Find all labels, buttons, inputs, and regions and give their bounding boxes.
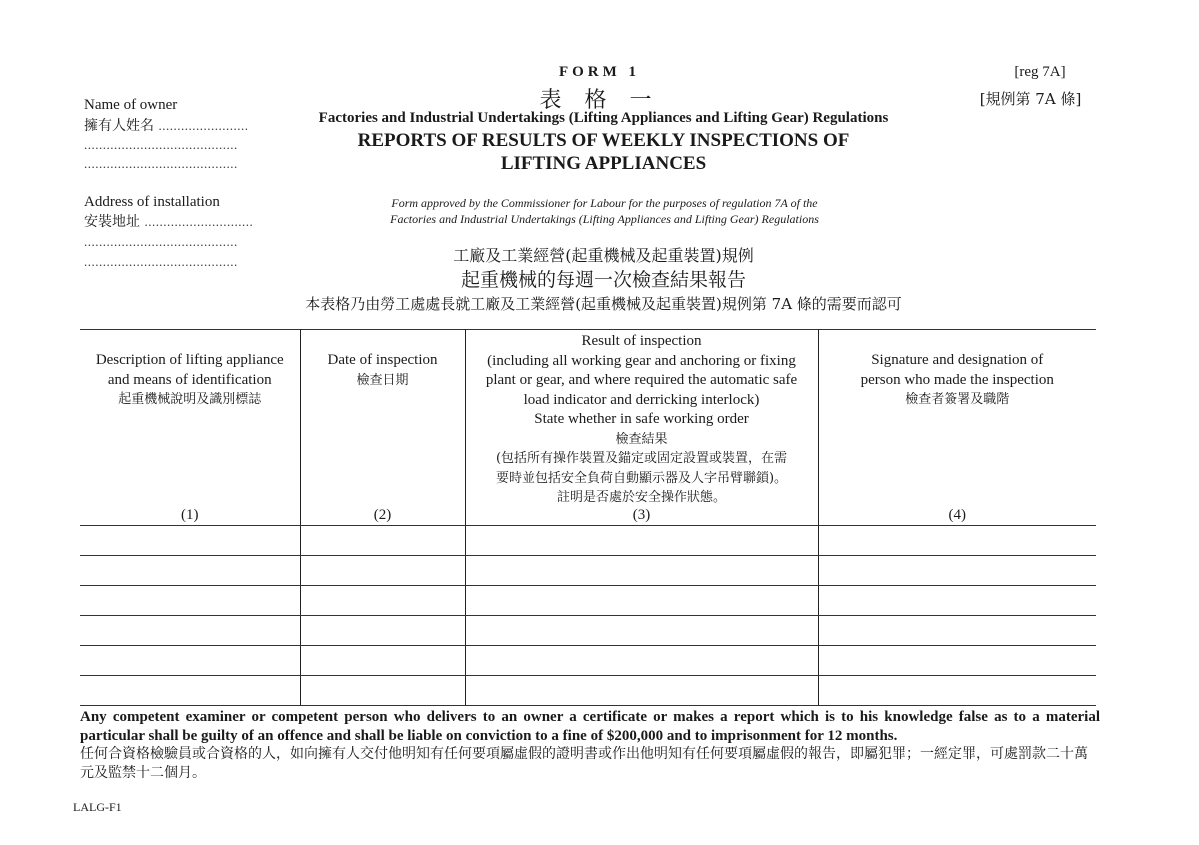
column-number: (2) xyxy=(301,506,465,525)
table-cell-input[interactable] xyxy=(465,676,818,706)
table-cell-input[interactable] xyxy=(818,676,1096,706)
table-header-row: Description of lifting applianceand mean… xyxy=(80,330,1096,526)
approval-note-line-1: Form approved by the Commissioner for La… xyxy=(0,196,1199,211)
table-cell-input[interactable] xyxy=(818,526,1096,556)
column-header-line-zh: 檢查日期 xyxy=(301,371,465,391)
table-row xyxy=(80,616,1096,646)
table-cell-input[interactable] xyxy=(465,556,818,586)
penalty-warning-zh: 任何合資格檢驗員或合資格的人，如向擁有人交付他明知有任何要項屬虛假的證明書或作出… xyxy=(80,745,1100,783)
table-cell-input[interactable] xyxy=(300,526,465,556)
regulation-title-zh: 工廠及工業經營(起重機械及起重裝置)規例 xyxy=(0,243,1199,266)
inspection-table: Description of lifting applianceand mean… xyxy=(80,329,1096,706)
table-cell-input[interactable] xyxy=(80,676,300,706)
page-title-line-2: LIFTING APPLIANCES xyxy=(0,153,1199,175)
table-row xyxy=(80,526,1096,556)
approval-note-zh: 本表格乃由勞工處處長就工廠及工業經營(起重機械及起重裝置)規例第 7A 條的需要… xyxy=(0,293,1199,314)
column-header-line-en: load indicator and derricking interlock) xyxy=(466,391,818,411)
table-cell-input[interactable] xyxy=(465,526,818,556)
page-title-zh: 起重機械的每週一次檢查結果報告 xyxy=(0,265,1199,292)
approval-note-line-2: Factories and Industrial Undertakings (L… xyxy=(0,212,1199,227)
column-header-line-zh: (包括所有操作裝置及錨定或固定設置或裝置，在需 xyxy=(466,449,818,469)
column-header-line-en: person who made the inspection xyxy=(819,371,1097,391)
column-header-result: Result of inspection(including all worki… xyxy=(465,330,818,526)
table-cell-input[interactable] xyxy=(300,616,465,646)
column-header-line-en: (including all working gear and anchorin… xyxy=(466,352,818,372)
column-header-line-zh: 檢查者簽署及職階 xyxy=(819,390,1097,410)
regulation-reference: [reg 7A] xyxy=(990,64,1090,81)
table-cell-input[interactable] xyxy=(300,646,465,676)
column-header-line-zh: 註明是否處於安全操作狀態。 xyxy=(466,488,818,508)
form-code: LALG-F1 xyxy=(73,800,122,815)
table-cell-input[interactable] xyxy=(80,646,300,676)
table-cell-input[interactable] xyxy=(80,586,300,616)
column-header-date: Date of inspection檢查日期 (2) xyxy=(300,330,465,526)
page-title-line-1: REPORTS OF RESULTS OF WEEKLY INSPECTIONS… xyxy=(0,130,1199,152)
column-header-line-en: Description of lifting appliance xyxy=(80,351,300,371)
table-cell-input[interactable] xyxy=(300,556,465,586)
table-cell-input[interactable] xyxy=(465,586,818,616)
column-header-text: Description of lifting applianceand mean… xyxy=(80,330,300,410)
column-header-line-en: Signature and designation of xyxy=(819,351,1097,371)
table-cell-input[interactable] xyxy=(818,646,1096,676)
table-cell-input[interactable] xyxy=(465,646,818,676)
column-header-description: Description of lifting applianceand mean… xyxy=(80,330,300,526)
penalty-warning-en: Any competent examiner or competent pers… xyxy=(80,708,1100,746)
table-row xyxy=(80,646,1096,676)
table-cell-input[interactable] xyxy=(300,676,465,706)
table-cell-input[interactable] xyxy=(818,556,1096,586)
table-row xyxy=(80,676,1096,706)
regulation-reference-zh: [規例第 7A 條] xyxy=(968,88,1093,109)
column-header-signature: Signature and designation ofperson who m… xyxy=(818,330,1096,526)
column-header-text: Result of inspection(including all worki… xyxy=(466,330,818,508)
table-cell-input[interactable] xyxy=(818,616,1096,646)
column-number: (3) xyxy=(466,506,818,525)
column-number: (1) xyxy=(80,506,300,525)
column-header-line-zh: 檢查結果 xyxy=(466,430,818,450)
table-cell-input[interactable] xyxy=(80,526,300,556)
table-body xyxy=(80,526,1096,706)
table-cell-input[interactable] xyxy=(818,586,1096,616)
column-header-line-en: and means of identification xyxy=(80,371,300,391)
column-header-line-zh: 要時並包括安全負荷自動顯示器及人字吊臂聯鎖)。 xyxy=(466,469,818,489)
table-row xyxy=(80,556,1096,586)
column-header-text: Date of inspection檢查日期 xyxy=(301,330,465,390)
column-header-line-zh: 起重機械說明及識別標誌 xyxy=(80,390,300,410)
column-number: (4) xyxy=(819,506,1097,525)
column-header-line-en: Result of inspection xyxy=(466,332,818,352)
table-cell-input[interactable] xyxy=(465,616,818,646)
table-cell-input[interactable] xyxy=(80,616,300,646)
column-header-text: Signature and designation ofperson who m… xyxy=(819,330,1097,410)
column-header-line-en: plant or gear, and where required the au… xyxy=(466,371,818,391)
column-header-line-en: Date of inspection xyxy=(301,351,465,371)
regulation-title: Factories and Industrial Undertakings (L… xyxy=(0,110,1199,127)
table-cell-input[interactable] xyxy=(300,586,465,616)
table-cell-input[interactable] xyxy=(80,556,300,586)
table-row xyxy=(80,586,1096,616)
column-header-line-en: State whether in safe working order xyxy=(466,410,818,430)
